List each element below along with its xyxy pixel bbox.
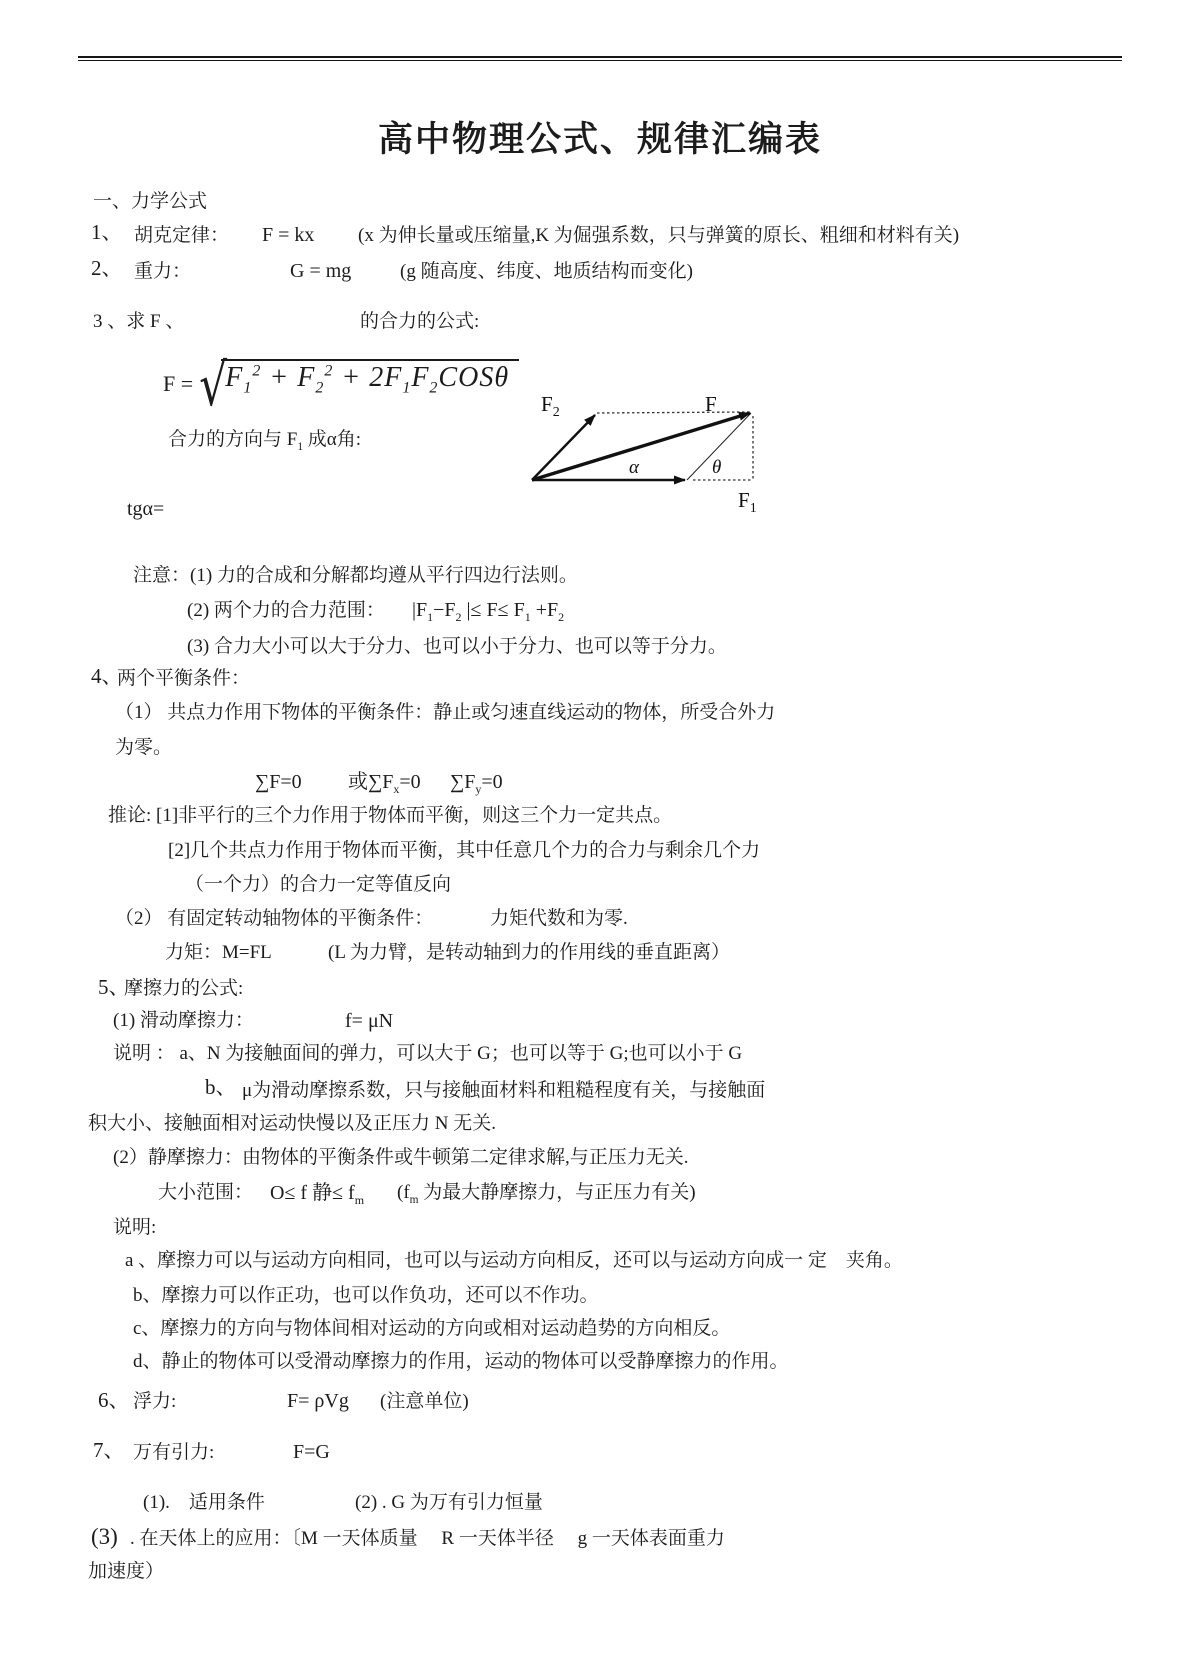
label-theta: θ xyxy=(712,457,721,478)
item5-static-text: 由物体的平衡条件或牛顿第二定律求解,与正压力无关. xyxy=(242,1146,689,1171)
item4-inference-2b: （一个力）的合力一定等值反向 xyxy=(185,873,451,898)
item5-sliding-note-a: 说明 ： a、N 为接触面间的弹力，可以大于 G；也可以等于 G;也可以小于 G xyxy=(113,1042,742,1067)
note-1: 注意：(1) 力的合成和分解都均遵从平行四边行法则。 xyxy=(133,564,578,589)
item3-head-left: 3 、求 F 、 xyxy=(93,310,184,335)
item6-note: (注意单位) xyxy=(380,1390,469,1415)
formula-lhs: F = xyxy=(163,371,193,397)
item5-range-note: (fm 为最大静摩擦力，与正压力有关) xyxy=(397,1181,696,1206)
item6-label: 浮力: xyxy=(133,1390,176,1415)
header-rule xyxy=(78,56,1122,61)
item5-note-a: a 、摩擦力可以与运动方向相同，也可以与运动方向相反，还可以与运动方向成一 定 … xyxy=(125,1249,903,1274)
item4-condition2-text: 力矩代数和为零. xyxy=(490,907,628,932)
rad-cos: COSθ xyxy=(438,362,509,393)
rad-f2b: F xyxy=(411,362,429,393)
label-f: F xyxy=(705,392,717,416)
item4-inference-1: 推论: [1]非平行的三个力作用于物体而平衡，则这三个力一定共点。 xyxy=(108,804,672,829)
item5-sliding-formula: f= μN xyxy=(345,1008,393,1034)
item2-formula: G = mg xyxy=(290,258,351,284)
item4-torque-formula: 力矩：M=FL xyxy=(165,941,272,966)
force-parallelogram-diagram: F2 F F1 α θ xyxy=(505,385,795,520)
item3-direction-line: 合力的方向与 F1 成α角: xyxy=(168,428,361,453)
rad-f1: F xyxy=(225,362,243,393)
sum-fy-zero: ∑Fy=0 xyxy=(450,769,503,795)
item4-head: 两个平衡条件： xyxy=(117,667,250,692)
item5-shuoming: 说明: xyxy=(113,1216,156,1241)
item7-cond1: (1). 适用条件 xyxy=(143,1491,265,1516)
formula-radicand: F12 + F22 + 2F1F2COSθ xyxy=(221,359,519,400)
item5-note-d: d、静止的物体可以受滑动摩擦力的作用，运动的物体可以受静摩擦力的作用。 xyxy=(133,1350,789,1375)
section-mechanics-heading: 一、力学公式 xyxy=(93,190,207,215)
label-alpha: α xyxy=(629,457,640,478)
item1-formula: F = kx xyxy=(262,222,314,248)
document-page: 高中物理公式、规律汇编表 一、力学公式 1、 胡克定律： F = kx (x 为… xyxy=(0,0,1200,1660)
sqrt-radical-sign: √ xyxy=(199,357,227,415)
sum-fx-zero: 或∑Fx=0 xyxy=(348,769,421,795)
item3-head-right: 的合力的公式: xyxy=(360,310,479,335)
item2-label: 重力： xyxy=(134,260,191,285)
note-2-label: (2) 两个力的合力范围： xyxy=(187,599,385,624)
item4-condition2-label: （2） 有固定转动轴物体的平衡条件： xyxy=(115,907,433,932)
item7-cond3-cont: 加速度） xyxy=(88,1560,164,1585)
item5-note-b: b、摩擦力可以作正功，也可以作负功，还可以不作功。 xyxy=(133,1284,599,1309)
sum-f-zero: ∑F=0 xyxy=(255,769,302,795)
item5-sliding-label: (1) 滑动摩擦力： xyxy=(113,1009,254,1034)
label-f1: F1 xyxy=(738,488,757,516)
item7-cond3-number: (3) xyxy=(91,1522,118,1552)
note-3: (3) 合力大小可以大于分力、也可以小于分力、也可以等于分力。 xyxy=(187,635,727,660)
item7-label: 万有引力: xyxy=(133,1441,214,1466)
page-title: 高中物理公式、规律汇编表 xyxy=(0,112,1200,162)
item1-note: (x 为伸长量或压缩量,K 为倔强系数，只与弹簧的原长、粗细和材料有关) xyxy=(358,224,959,249)
item5-b-number: b、 xyxy=(205,1074,237,1101)
item4-condition1-line2: 为零。 xyxy=(115,736,172,761)
item5-b-text-cont: 积大小、接触面相对运动快慢以及正压力 N 无关. xyxy=(88,1112,496,1137)
item5-head: 摩擦力的公式: xyxy=(124,977,243,1002)
resultant-force-formula: F = √ F12 + F22 + 2F1F2COSθ xyxy=(163,356,519,400)
item7-number: 7、 xyxy=(93,1437,125,1464)
item2-note: (g 随高度、纬度、地质结构而变化) xyxy=(400,260,693,285)
item5-range-label: 大小范围： xyxy=(158,1181,253,1206)
note-2-formula: |F1−F2 |≤ F≤ F1 +F2 xyxy=(412,597,564,623)
item2-number: 2、 xyxy=(91,255,123,282)
item5-static-label: (2）静摩擦力： xyxy=(113,1146,243,1171)
item5-b-text: μ为滑动摩擦系数，只与接触面材料和粗糙程度有关，与接触面 xyxy=(242,1079,765,1104)
item1-label: 胡克定律： xyxy=(134,224,229,249)
item1-number: 1、 xyxy=(91,219,123,246)
dotted-top-edge xyxy=(597,412,749,413)
rad-2f1: + 2F xyxy=(333,362,402,393)
item6-formula: F= ρVg xyxy=(287,1388,349,1414)
item4-inference-2: [2]几个共点力作用于物体而平衡，其中任意几个力的合力与剩余几个力 xyxy=(168,839,760,864)
item4-condition1-line1: （1） 共点力作用下物体的平衡条件：静止或匀速直线运动的物体，所受合外力 xyxy=(115,701,775,726)
item3-tg-alpha: tgα= xyxy=(127,496,164,522)
rad-f2: + F xyxy=(261,362,315,393)
item5-note-c: c、摩擦力的方向与物体间相对运动的方向或相对运动趋势的方向相反。 xyxy=(133,1317,730,1342)
item7-cond2: (2) . G 为万有引力恒量 xyxy=(355,1491,543,1516)
item4-torque-note: (L 为力臂，是转动轴到力的作用线的垂直距离） xyxy=(328,941,730,966)
label-f2: F2 xyxy=(541,392,560,420)
item7-formula: F=G xyxy=(293,1439,330,1465)
item6-number: 6、 xyxy=(98,1387,130,1414)
item7-cond3-text: . 在天体上的应用：〔M 一天体质量 R 一天体半径 g 一天体表面重力 xyxy=(130,1527,725,1552)
item5-range-formula: O≤ f 静≤ fm xyxy=(270,1180,364,1206)
